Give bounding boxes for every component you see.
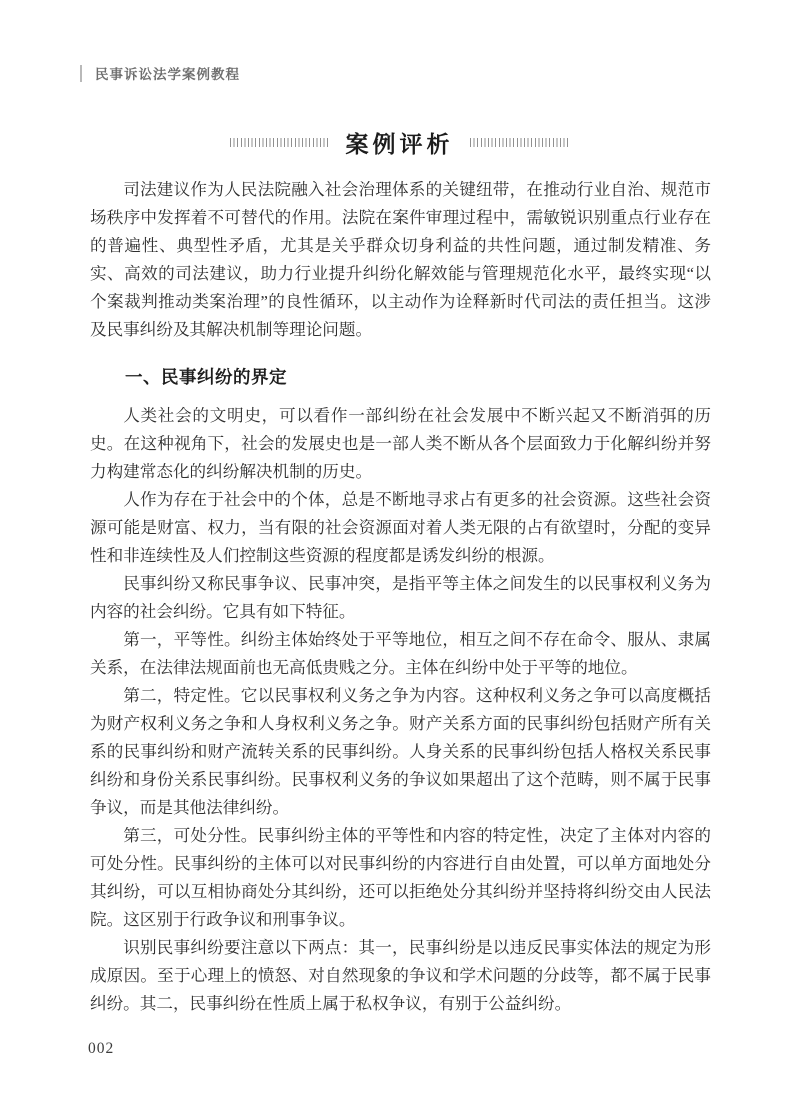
body-paragraph: 人作为存在于社会中的个体，总是不断地寻求占有更多的社会资源。这些社会资源可能是财… bbox=[90, 486, 711, 570]
body-paragraph: 识别民事纠纷要注意以下两点：其一，民事纠纷是以违反民事实体法的规定为形成原因。至… bbox=[90, 934, 711, 1018]
running-head: 民事诉讼法学案例教程 bbox=[80, 63, 240, 83]
body-paragraph: 民事纠纷又称民事争议、民事冲突，是指平等主体之间发生的以民事权利义务为内容的社会… bbox=[90, 570, 711, 626]
hatch-ornament-right-icon bbox=[470, 138, 570, 147]
running-head-divider bbox=[80, 65, 82, 82]
book-page: 民事诉讼法学案例教程 案例评析 司法建议作为人民法院融入社会治理体系的关键纽带，… bbox=[0, 0, 799, 1114]
chapter-title: 案例评析 bbox=[346, 126, 454, 159]
body-paragraph: 第三，可处分性。民事纠纷主体的平等性和内容的特定性，决定了主体对内容的可处分性。… bbox=[90, 822, 711, 934]
page-number: 002 bbox=[88, 1040, 114, 1058]
chapter-title-row: 案例评析 bbox=[0, 126, 799, 159]
hatch-ornament-left-icon bbox=[230, 138, 330, 147]
body-text-column: 司法建议作为人民法院融入社会治理体系的关键纽带，在推动行业自治、规范市场秩序中发… bbox=[90, 176, 711, 1018]
body-paragraph: 第一，平等性。纠纷主体始终处于平等地位，相互之间不存在命令、服从、隶属关系，在法… bbox=[90, 626, 711, 682]
section-heading: 一、民事纠纷的界定 bbox=[90, 364, 711, 390]
book-title: 民事诉讼法学案例教程 bbox=[95, 63, 240, 83]
intro-paragraph: 司法建议作为人民法院融入社会治理体系的关键纽带，在推动行业自治、规范市场秩序中发… bbox=[90, 176, 711, 344]
body-paragraph: 人类社会的文明史，可以看作一部纠纷在社会发展中不断兴起又不断消弭的历史。在这种视… bbox=[90, 402, 711, 486]
body-paragraph: 第二，特定性。它以民事权利义务之争为内容。这种权利义务之争可以高度概括为财产权利… bbox=[90, 682, 711, 822]
